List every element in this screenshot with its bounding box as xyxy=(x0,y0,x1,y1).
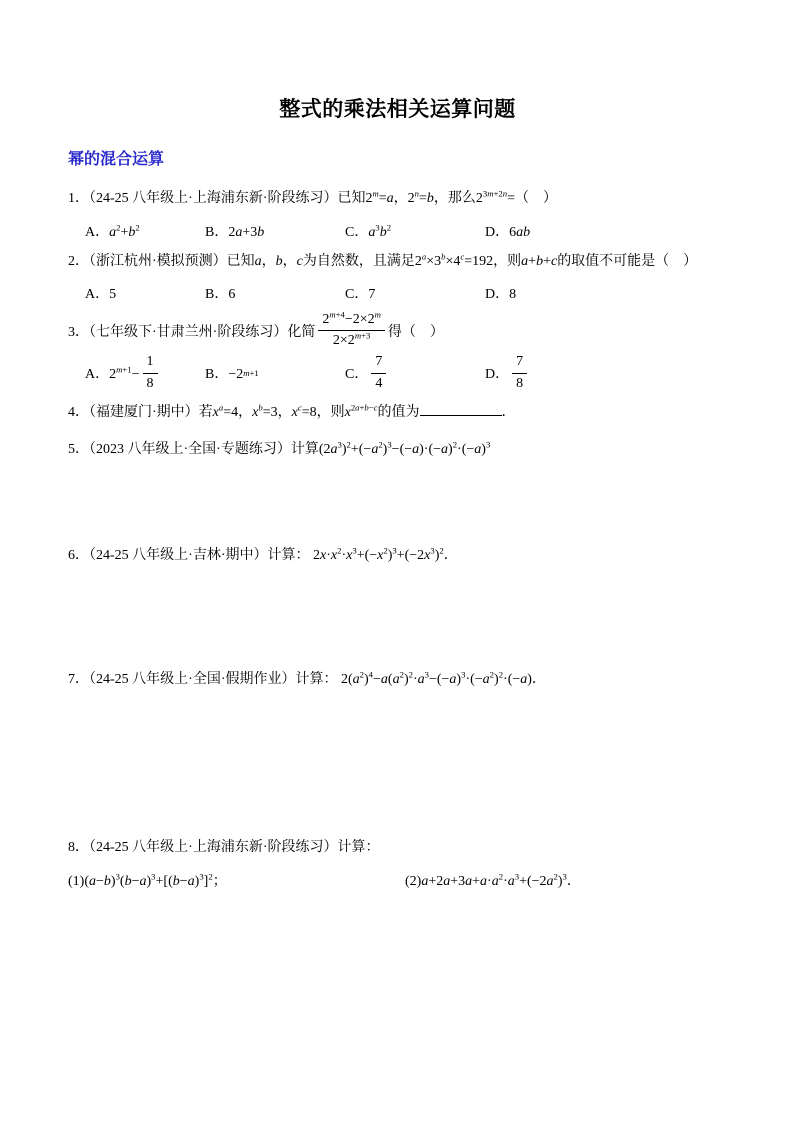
page-title: 整式的乘法相关运算问题 xyxy=(68,96,727,123)
option-c-label: C． xyxy=(345,363,368,383)
problem-5-text: 5．（2023 八年级上·全国·专题练习）计算(2a3)2+(−a2)3−(−a… xyxy=(68,439,727,461)
option-a-fraction: 1 8 xyxy=(143,353,158,392)
problem-1-option-b: B．2a+3b xyxy=(205,221,345,241)
fraction-numerator: 1 xyxy=(143,353,158,373)
option-a-expression: A．2m+1− xyxy=(85,363,140,383)
option-c-fraction: 7 4 xyxy=(371,353,386,392)
problem-3-fraction: 2m+4−2×2m 2×2m+3 xyxy=(318,311,385,350)
problem-6-text: 6．（24-25 八年级上·吉林·期中）计算： 2x·x2·x3+(−x2)3+… xyxy=(68,545,727,567)
problem-4-suffix: ． xyxy=(502,405,516,420)
problem-3-option-b: B．−2m+1 xyxy=(205,363,345,383)
fraction-denominator: 8 xyxy=(516,374,523,393)
problem-8-part-1: (1)(a−b)3(b−a)3+[(b−a)3]2； xyxy=(68,871,405,893)
problem-3-suffix: 得（ ） xyxy=(388,321,444,341)
option-d-fraction: 7 8 xyxy=(512,353,527,392)
problem-1-option-c: C．a3b2 xyxy=(345,221,485,241)
problem-1-text: 1．（24-25 八年级上·上海浦东新·阶段练习）已知2m=a，2n=b，那么2… xyxy=(68,188,727,210)
fraction-numerator: 7 xyxy=(512,353,527,373)
problem-3-text: 3．（七年级下·甘肃兰州·阶段练习）化简 2m+4−2×2m 2×2m+3 得（… xyxy=(68,311,727,350)
problem-1-option-a: A．a2+b2 xyxy=(85,221,205,241)
problem-2-options: A．5 B．6 C．7 D．8 xyxy=(85,283,727,303)
fraction-numerator: 7 xyxy=(371,353,386,373)
problem-2-option-c: C．7 xyxy=(345,283,485,303)
option-d-label: D． xyxy=(485,363,509,383)
problem-8-part-2: (2)a+2a+3a+a·a2·a3+(−2a2)3． xyxy=(405,871,727,893)
fraction-denominator: 2×2m+3 xyxy=(333,331,370,350)
section-heading: 幂的混合运算 xyxy=(68,149,727,170)
problem-2-option-b: B．6 xyxy=(205,283,345,303)
problem-2-option-a: A．5 xyxy=(85,283,205,303)
problem-8-parts: (1)(a−b)3(b−a)3+[(b−a)3]2； (2)a+2a+3a+a·… xyxy=(68,871,727,893)
answer-blank xyxy=(420,401,502,416)
problem-1-options: A．a2+b2 B．2a+3b C．a3b2 D．6ab xyxy=(85,221,727,241)
problem-2-text: 2．（浙江杭州·模拟预测）已知a，b，c为自然数，且满足2a×3b×4c=192… xyxy=(68,251,727,273)
problem-7-text: 7．（24-25 八年级上·全国·假期作业）计算： 2(a2)4−a(a2)2·… xyxy=(68,669,727,691)
problem-3-option-c: C． 7 4 xyxy=(345,353,485,392)
fraction-denominator: 4 xyxy=(375,374,382,393)
problem-1-option-d: D．6ab xyxy=(485,221,727,241)
problem-3-option-a: A．2m+1− 1 8 xyxy=(85,353,205,392)
problem-4-text: 4．（福建厦门·期中）若xa=4，xb=3，xc=8，则x2a+b−c的值为． xyxy=(68,401,727,424)
fraction-denominator: 8 xyxy=(147,374,154,393)
problem-4-prefix: 4．（福建厦门·期中）若xa=4，xb=3，xc=8，则x2a+b−c的值为 xyxy=(68,405,420,420)
worksheet-page: 整式的乘法相关运算问题 幂的混合运算 1．（24-25 八年级上·上海浦东新·阶… xyxy=(0,0,793,1122)
fraction-numerator: 2m+4−2×2m xyxy=(318,311,385,331)
problem-2-option-d: D．8 xyxy=(485,283,727,303)
problem-3-prefix: 3．（七年级下·甘肃兰州·阶段练习）化简 xyxy=(68,321,315,341)
problem-8-text: 8．（24-25 八年级上·上海浦东新·阶段练习）计算： xyxy=(68,837,727,859)
problem-3-option-d: D． 7 8 xyxy=(485,353,727,392)
problem-3-options: A．2m+1− 1 8 B．−2m+1 C． 7 4 D． 7 8 xyxy=(85,353,727,392)
